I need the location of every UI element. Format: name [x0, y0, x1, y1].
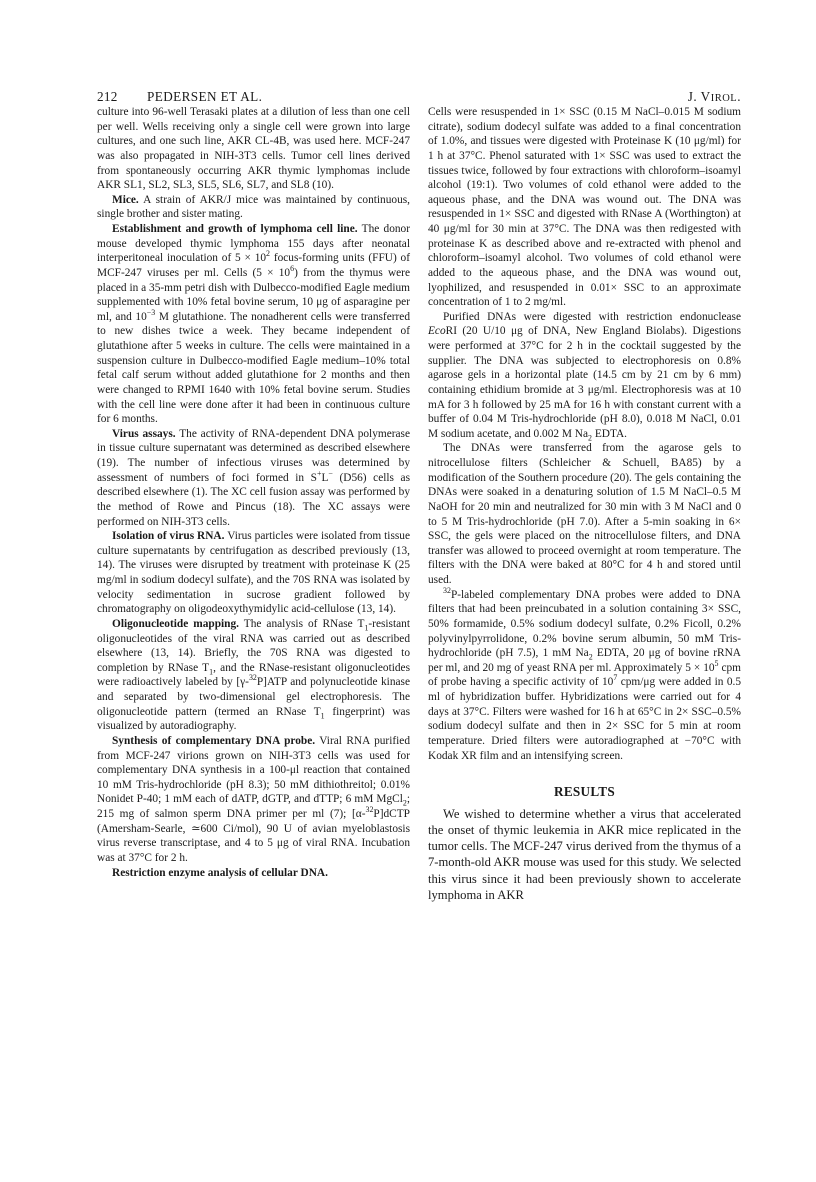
paragraph-virus-assays: Virus assays. The activity of RNA-depend… — [97, 427, 410, 529]
superscript: 32 — [249, 674, 257, 683]
page-number: 212 — [97, 89, 118, 105]
oligo-text: The analysis of RNase T — [239, 618, 364, 630]
running-authors: PEDERSEN ET AL. — [147, 89, 262, 105]
subsection-heading-synthesis: Synthesis of complementary DNA probe. — [112, 735, 315, 747]
paragraph-synthesis: Synthesis of complementary DNA probe. Vi… — [97, 734, 410, 866]
enzyme-name-italic: Eco — [428, 325, 446, 337]
paragraph-isolation: Isolation of virus RNA. Virus particles … — [97, 529, 410, 617]
right-column: Cells were resuspended in 1× SSC (0.15 M… — [428, 105, 741, 903]
subsection-heading-virus-assays: Virus assays. — [112, 428, 176, 440]
paragraph-results: We wished to determine whether a virus t… — [428, 806, 741, 903]
establishment-text: M glutathione. The nonadherent cells wer… — [97, 311, 410, 425]
paragraph-establishment: Establishment and growth of lymphoma cel… — [97, 222, 410, 427]
subsection-heading-mice: Mice. — [112, 194, 139, 206]
isolation-text: Virus particles were isolated from tissu… — [97, 530, 410, 615]
section-title-results: RESULTS — [428, 785, 741, 800]
left-column: culture into 96-well Terasaki plates at … — [97, 105, 410, 880]
paragraph-digestion: Purified DNAs were digested with restric… — [428, 310, 741, 442]
superscript: −3 — [147, 308, 155, 317]
paragraph-restriction: Restriction enzyme analysis of cellular … — [97, 866, 410, 881]
paragraph-continuation: culture into 96-well Terasaki plates at … — [97, 105, 410, 193]
digestion-text: Purified DNAs were digested with restric… — [443, 311, 741, 323]
journal-name-smallcaps: IROL — [711, 93, 738, 104]
subsection-heading-restriction: Restriction enzyme analysis of cellular … — [112, 867, 328, 879]
paragraph-transfer: The DNAs were transferred from the agaro… — [428, 441, 741, 587]
digestion-text: RI (20 U/10 μg of DNA, New England Biola… — [428, 325, 741, 439]
mice-text: A strain of AKR/J mice was maintained by… — [97, 194, 410, 221]
paragraph-oligonucleotide-mapping: Oligonucleotide mapping. The analysis of… — [97, 617, 410, 734]
hybridization-text: cpm/μg were added in 0.5 ml of hybridiza… — [428, 676, 741, 761]
superscript: 32 — [443, 586, 451, 595]
journal-name: J. VIROL. — [688, 89, 741, 105]
subsection-heading-oligonucleotide: Oligonucleotide mapping. — [112, 618, 239, 630]
subsection-heading-establishment: Establishment and growth of lymphoma cel… — [112, 223, 358, 235]
paragraph-hybridization: 32P-labeled complementary DNA probes wer… — [428, 588, 741, 764]
journal-name-initial: J. V — [688, 89, 711, 104]
digestion-text: EDTA. — [592, 428, 627, 440]
subsection-heading-isolation: Isolation of virus RNA. — [112, 530, 224, 542]
paragraph-dna-extraction: Cells were resuspended in 1× SSC (0.15 M… — [428, 105, 741, 310]
journal-name-period: . — [737, 89, 741, 104]
paragraph-mice: Mice. A strain of AKR/J mice was maintai… — [97, 193, 410, 222]
